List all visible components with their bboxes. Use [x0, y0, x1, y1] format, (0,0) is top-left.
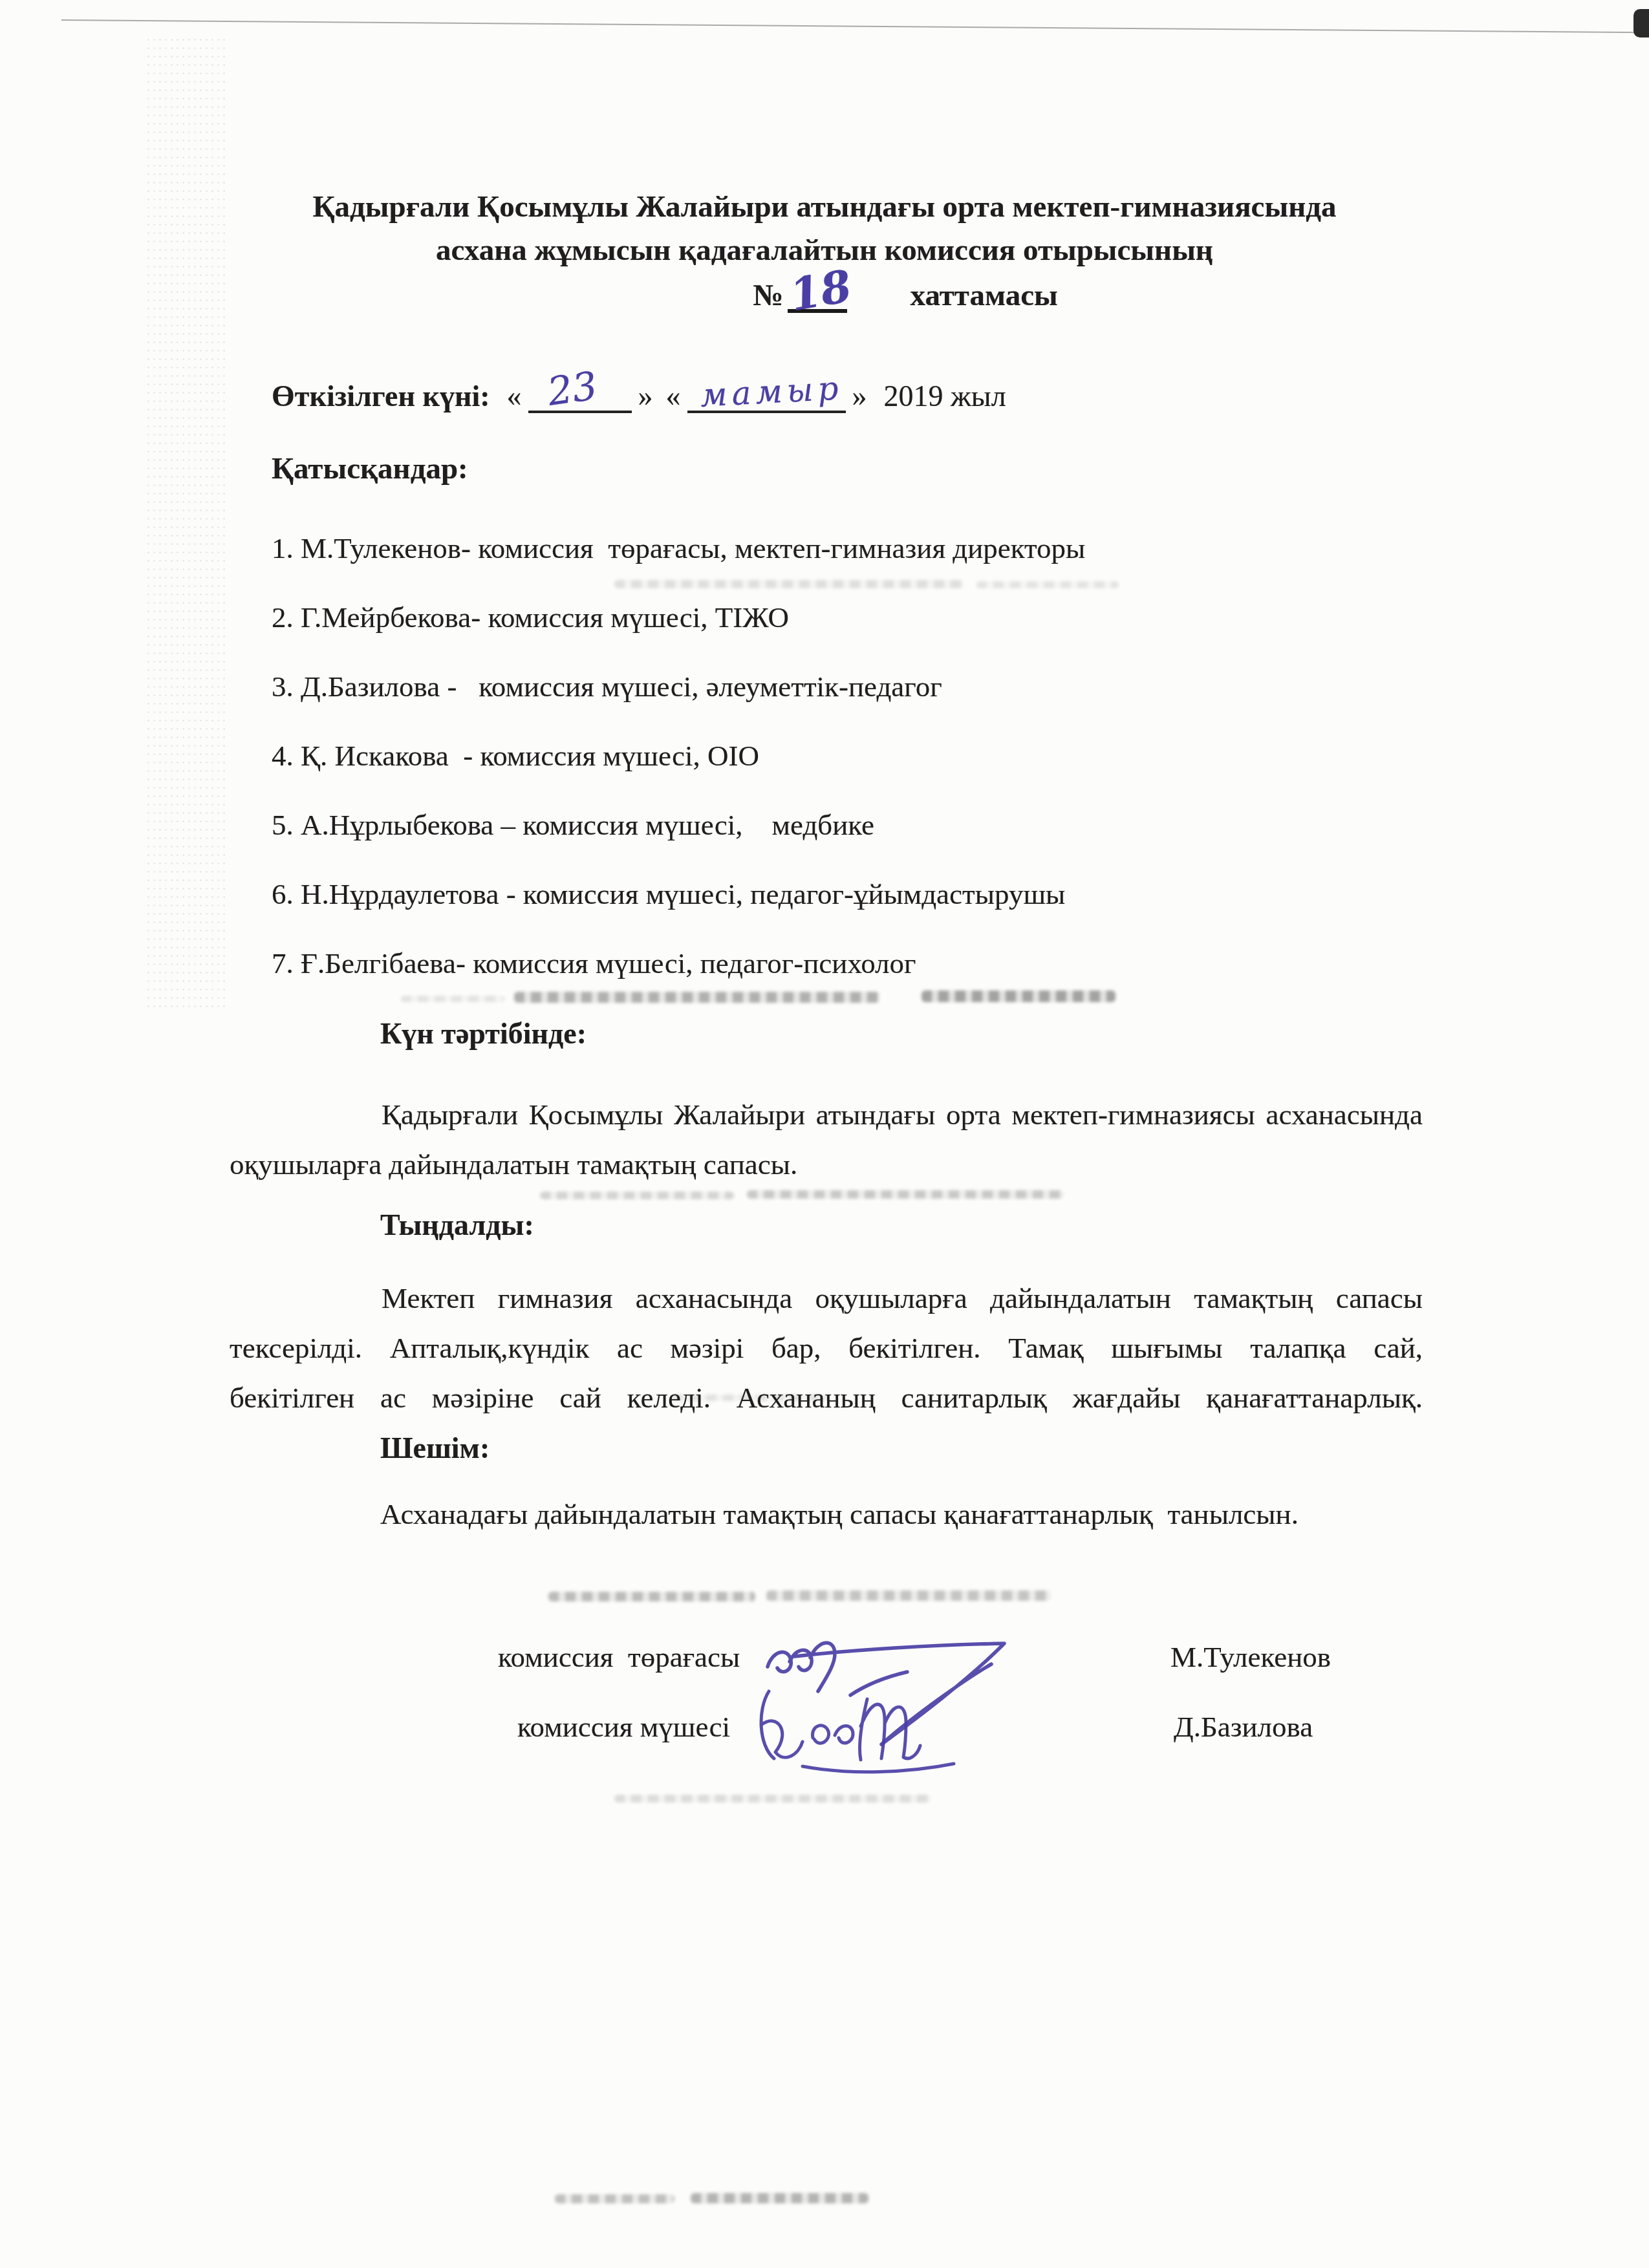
protocol-word: хаттамасы: [911, 278, 1058, 313]
protocol-number-row: № 18 хаттамасы: [0, 277, 1649, 313]
scan-smudge: [401, 996, 504, 1002]
handwritten-day: 23: [544, 363, 599, 415]
close-quote: »: [638, 379, 653, 413]
scan-smudge: [614, 1795, 931, 1803]
participants-heading: Қатысқандар:: [272, 451, 468, 486]
scanned-protocol-page: Қадырғали Қосымұлы Жалайыри атындағы орт…: [0, 0, 1649, 2268]
scan-smudge: [921, 990, 1115, 1002]
heard-heading: Тыңдалды:: [380, 1208, 534, 1242]
document-title-line1: Қадырғали Қосымұлы Жалайыри атындағы орт…: [0, 189, 1649, 224]
participant-item: 2. Г.Мейрбекова- комиссия мүшесі, ТІЖО: [272, 601, 789, 634]
decision-text: Асханадағы дайындалатын тамақтың сапасы …: [380, 1497, 1299, 1531]
protocol-number-blank: 18: [788, 277, 847, 313]
scan-smudge: [555, 2194, 674, 2203]
participant-item: 3. Д.Базилова - комиссия мүшесі, әлеумет…: [272, 670, 942, 703]
agenda-line: Қадырғали Қосымұлы Жалайыри атындағы орт…: [230, 1090, 1423, 1140]
open-quote: «: [507, 379, 522, 413]
scan-smudge: [514, 992, 879, 1003]
participant-item: 7. Ғ.Белгібаева- комиссия мүшесі, педаго…: [272, 947, 916, 980]
scan-smudge: [548, 1592, 755, 1601]
handwritten-month: мамыр: [699, 369, 843, 414]
participant-item: 4. Қ. Искакова - комиссия мүшесі, ОІО: [272, 739, 759, 773]
date-row: Өткізілген күні: « 23 » « мамыр » 2019 ж…: [272, 377, 1006, 413]
handwritten-protocol-number: 18: [786, 260, 855, 321]
scan-edge-line: [61, 19, 1649, 33]
participant-item: 6. Н.Нұрдаулетова - комиссия мүшесі, пед…: [272, 877, 1065, 911]
signature-role-member: комиссия мүшесі: [517, 1710, 730, 1744]
heard-line: тексерілді. Апталық,күндік ас мәзірі бар…: [230, 1323, 1423, 1373]
heard-paragraph: Мектеп гимназия асханасында оқушыларға д…: [230, 1274, 1423, 1423]
agenda-paragraph: Қадырғали Қосымұлы Жалайыри атындағы орт…: [230, 1090, 1423, 1190]
scan-smudge: [540, 1192, 734, 1199]
document-title-line2: асхана жұмысын қадағалайтын комиссия оты…: [0, 233, 1649, 268]
scan-smudge: [747, 1190, 1064, 1199]
month-blank: мамыр: [687, 377, 846, 413]
close-quote: »: [852, 379, 867, 413]
scan-smudge: [614, 580, 964, 588]
signature-role-chair: комиссия төрағасы: [498, 1640, 740, 1674]
scan-smudge: [673, 1395, 828, 1401]
signature-name-member: Д.Базилова: [1174, 1710, 1313, 1744]
date-label: Өткізілген күні:: [272, 379, 490, 413]
signature-name-chair: М.Тулекенов: [1170, 1640, 1331, 1674]
number-sign: №: [753, 278, 783, 313]
scan-noise: [145, 36, 226, 1012]
scan-smudge: [766, 1590, 1051, 1601]
heard-line: Мектеп гимназия асханасында оқушыларға д…: [230, 1274, 1423, 1323]
open-quote: «: [666, 379, 681, 413]
scan-smudge: [691, 2193, 868, 2203]
agenda-heading: Күн тәртібінде:: [380, 1016, 587, 1051]
decision-heading: Шешім:: [380, 1431, 490, 1465]
day-blank: 23: [528, 377, 632, 413]
date-year: 2019 жыл: [884, 379, 1006, 413]
participant-item: 5. А.Нұрлыбекова – комиссия мүшесі, медб…: [272, 808, 874, 842]
scan-corner-mark: [1633, 9, 1649, 37]
participant-item: 1. М.Тулекенов- комиссия төрағасы, мекте…: [272, 531, 1085, 565]
signature-member: [747, 1676, 999, 1782]
agenda-line: оқушыларға дайындалатын тамақтың сапасы.: [230, 1140, 1423, 1190]
scan-smudge: [976, 581, 1119, 588]
